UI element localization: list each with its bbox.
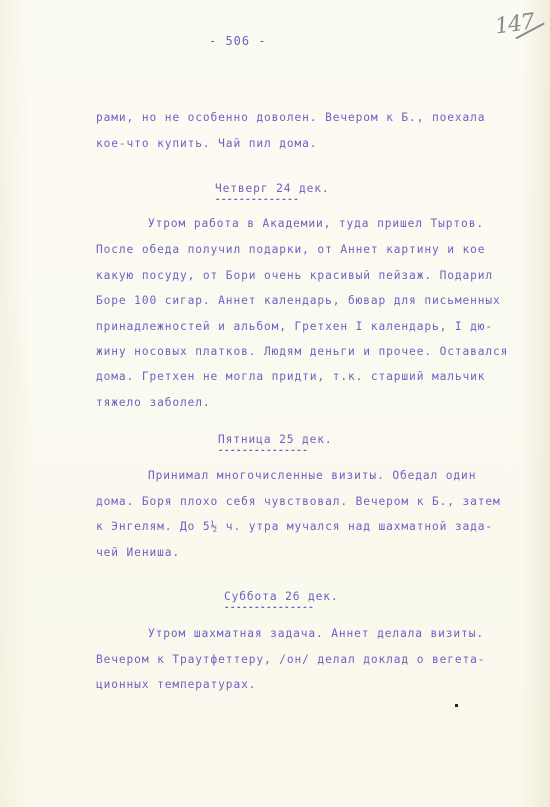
- text-line: рами, но не особенно доволен. Вечером к …: [96, 111, 485, 124]
- heading-underline: ---------------: [224, 605, 339, 611]
- text-line: принадлежностей и альбом, Гретхен I кале…: [96, 320, 493, 333]
- text-line: Принимал многочисленные визиты. Обедал о…: [148, 469, 476, 482]
- text-line: кое-что купить. Чай пил дома.: [96, 137, 317, 150]
- heading-underline: ---------------: [218, 448, 333, 454]
- text-line: жину носовых платков. Людям деньги и про…: [96, 345, 508, 358]
- heading-underline: --------------: [215, 197, 330, 203]
- text-line: какую посуду, от Бори очень красивый пей…: [96, 269, 493, 282]
- heading-text: Суббота 26 дек.: [224, 590, 339, 603]
- entry-heading-saturday: Суббота 26 дек. ---------------: [224, 590, 339, 611]
- entry-heading-thursday: Четверг 24 дек. --------------: [215, 182, 330, 203]
- text-line: чей Иениша.: [96, 546, 180, 559]
- text-line: тяжело заболел.: [96, 396, 211, 409]
- text-line: Утром шахматная задача. Аннет делала виз…: [148, 627, 484, 640]
- handwritten-archive-number: 147: [493, 9, 535, 39]
- text-line: Боре 100 сигар. Аннет календарь, бювар д…: [96, 294, 501, 307]
- heading-text: Пятница 25 дек.: [218, 433, 333, 446]
- text-line: ционных температурах.: [96, 678, 256, 691]
- document-page: - 506 - 147 рами, но не особенно доволен…: [0, 0, 550, 807]
- page-number: - 506 -: [209, 34, 267, 48]
- text-line: к Энгелям. До 5½ ч. утра мучался над шах…: [96, 520, 493, 533]
- text-line: дома. Гретхен не могла придти, т.к. стар…: [96, 370, 485, 383]
- text-line: дома. Боря плохо себя чувствовал. Вечеро…: [96, 495, 501, 508]
- text-line: Утром работа в Академии, туда пришел Тыр…: [148, 217, 484, 230]
- ink-speck: [455, 704, 458, 707]
- text-line: После обеда получил подарки, от Аннет ка…: [96, 243, 485, 256]
- text-line: Вечером к Траутфеттеру, /он/ делал докла…: [96, 653, 485, 666]
- heading-text: Четверг 24 дек.: [215, 182, 330, 195]
- entry-heading-friday: Пятница 25 дек. ---------------: [218, 433, 333, 454]
